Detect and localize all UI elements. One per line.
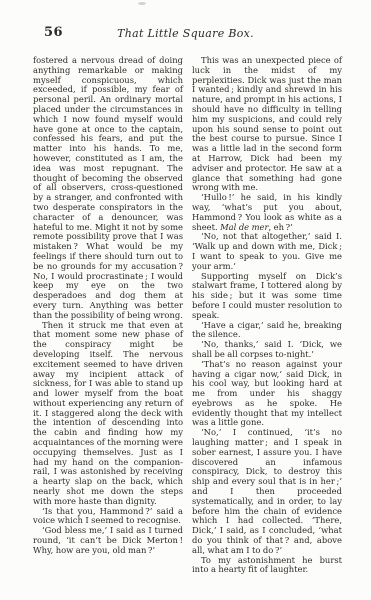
text-run: ‘No, not that altogether,’ said I. ‘Walk… bbox=[192, 231, 342, 270]
text-run: , eh ?’ bbox=[269, 222, 293, 232]
text-body: fostered a nervous dread of doing anythi… bbox=[33, 56, 342, 575]
italic-phrase: Mal de mer bbox=[220, 222, 268, 232]
paragraph: To my astonishment he burst into a heart… bbox=[192, 556, 342, 576]
text-run: ‘Have a cigar,’ said he, breaking the si… bbox=[192, 320, 342, 340]
text-run: fostered a nervous dread of doing anythi… bbox=[33, 55, 183, 320]
text-run: ‘God bless me,’ I said as I turned round… bbox=[33, 525, 183, 555]
paragraph: Supporting myself on Dick’s stalwart fra… bbox=[192, 272, 342, 321]
text-run: Then it struck me that even at that mome… bbox=[33, 320, 183, 506]
text-run: Supporting myself on Dick’s stalwart fra… bbox=[192, 271, 342, 320]
scan-artifact bbox=[138, 2, 146, 5]
right-column: This was an unexpected piece of luck in … bbox=[192, 56, 342, 575]
left-column: fostered a nervous dread of doing anythi… bbox=[33, 56, 183, 575]
paragraph: Then it struck me that even at that mome… bbox=[33, 321, 183, 507]
paragraph: ‘Is that you, Hammond ?’ said a voice wh… bbox=[33, 507, 183, 527]
text-run: To my astonishment he burst into a heart… bbox=[192, 555, 342, 575]
paragraph: ‘God bless me,’ I said as I turned round… bbox=[33, 526, 183, 555]
paragraph: ‘No,’ I continued, ‘it’s no laughing mat… bbox=[192, 428, 342, 555]
paragraph: ‘No, not that altogether,’ said I. ‘Walk… bbox=[192, 232, 342, 271]
paragraph: ‘No, thanks,’ said I. ‘Dick, we shall be… bbox=[192, 340, 342, 360]
running-title: That Little Square Box. bbox=[0, 27, 371, 40]
text-run: ‘No, thanks,’ said I. ‘Dick, we shall be… bbox=[192, 339, 342, 359]
paragraph: This was an unexpected piece of luck in … bbox=[192, 56, 342, 193]
text-run: ‘No,’ I continued, ‘it’s no laughing mat… bbox=[192, 427, 342, 555]
paragraph: ‘Have a cigar,’ said he, breaking the si… bbox=[192, 321, 342, 341]
paragraph: fostered a nervous dread of doing anythi… bbox=[33, 56, 183, 321]
text-run: ‘Is that you, Hammond ?’ said a voice wh… bbox=[33, 506, 183, 526]
book-page: 56 That Little Square Box. fostered a ne… bbox=[0, 0, 371, 600]
text-run: This was an unexpected piece of luck in … bbox=[192, 55, 342, 192]
paragraph: ‘Hullo !’ he said, in his kindly way, ‘w… bbox=[192, 193, 342, 232]
paragraph: ‘That’s no reason against your having a … bbox=[192, 360, 342, 429]
text-run: ‘That’s no reason against your having a … bbox=[192, 359, 342, 428]
